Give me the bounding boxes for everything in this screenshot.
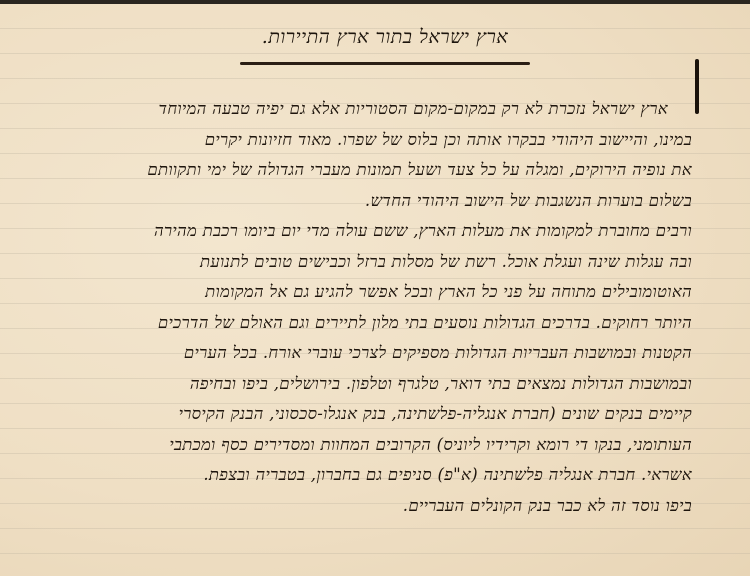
text-line: ארץ ישראל נזכרת לא רק במקום-מקום הסטוריו… xyxy=(12,94,692,125)
text-line: בשלום בוערות הנשגבות של הישוב היהודי החד… xyxy=(12,186,692,217)
text-line: ביפו נוסד זה לא כבר בנק הקונלים העבריים. xyxy=(12,491,692,522)
text-line: במינו, והיישוב היהודי בבקרו אותה וכן בלו… xyxy=(12,125,692,156)
manuscript-body: ארץ ישראל נזכרת לא רק במקום-מקום הסטוריו… xyxy=(12,94,692,521)
text-line: את נופיה הירוקים, ומגלה על כל צעד ושעל ת… xyxy=(12,155,692,186)
text-line: הקטנות ובמושבות העבריות הגדולות מספיקים … xyxy=(12,338,692,369)
text-line: אשראי. חברת אנגליה פלשתינה (א"פ) סניפים … xyxy=(12,460,692,491)
text-line: ורבים מחוברת למקומות את מעלות הארץ, ששם … xyxy=(12,216,692,247)
text-line: ובמושבות הגדולות נמצאים בתי דואר, טלגרף … xyxy=(12,369,692,400)
text-line: העותומני, בנקו די רומא וקרידיו ליוניס) ה… xyxy=(12,430,692,461)
text-line: ובה עגלות שינה ועגלת אוכל. רשת של מסלות … xyxy=(12,247,692,278)
document-title: ארץ ישראל בתור ארץ התיירות. xyxy=(240,26,530,49)
text-line: היותר רחוקים. בדרכים הגדולות נוסעים בתי … xyxy=(12,308,692,339)
text-line: האוטומובילים מתוחה על פני כל הארץ ובכל א… xyxy=(12,277,692,308)
title-underline xyxy=(240,62,530,65)
margin-mark xyxy=(695,59,699,114)
manuscript-page: ארץ ישראל בתור ארץ התיירות. ארץ ישראל נז… xyxy=(0,4,750,576)
text-line: קיימים בנקים שונים (חברת אנגליה-פלשתינה,… xyxy=(12,399,692,430)
